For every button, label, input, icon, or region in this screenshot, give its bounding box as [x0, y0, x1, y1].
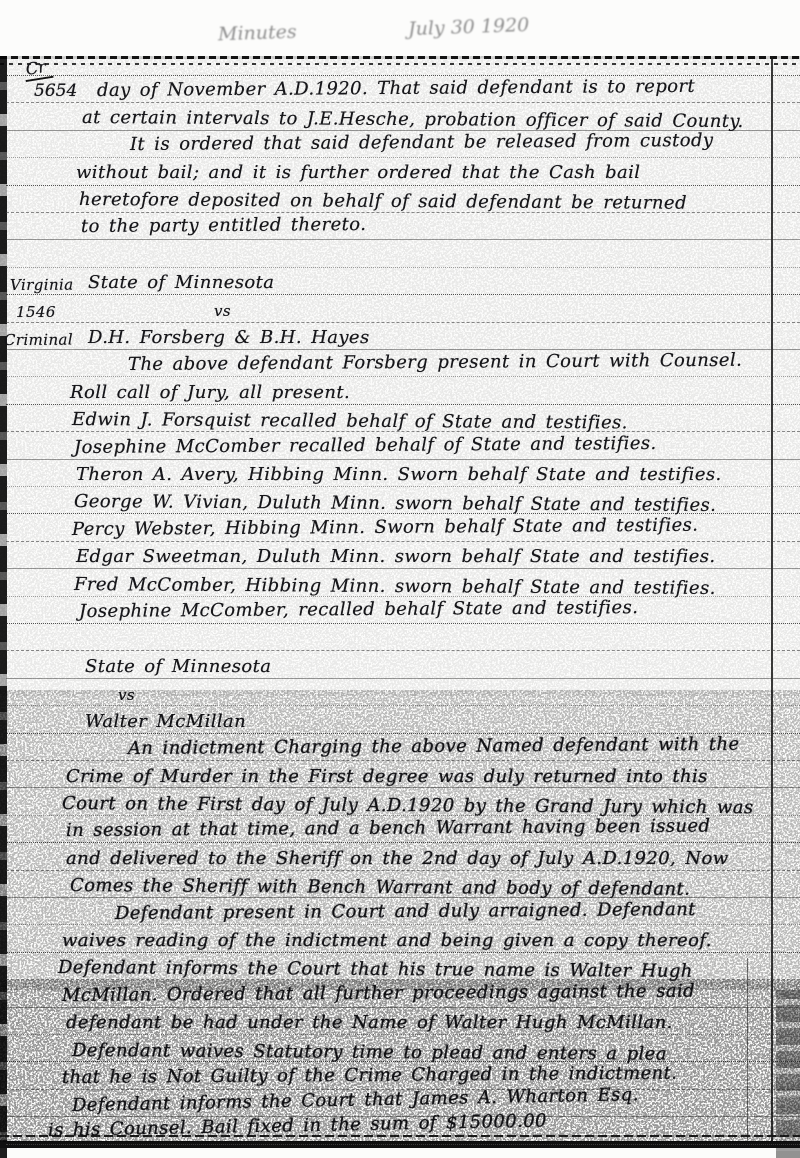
entry3-line: Crime of Murder in the First degree was …	[66, 765, 708, 789]
entry3-line: Comes the Sheriff with Bench Warrant and…	[70, 874, 690, 902]
entry2-line: Josephine McComber, recalled behalf Stat…	[79, 596, 639, 624]
entry3-line: defendant be had under the Name of Walte…	[66, 1011, 673, 1035]
entry3-defendant: Walter McMillan	[85, 710, 246, 734]
entry3-line: in session at that time, and a bench War…	[66, 815, 711, 843]
entry2-line: The above defendant Forsberg present in …	[128, 349, 742, 377]
entry2-line: Edwin J. Forsquist recalled behalf of St…	[72, 408, 628, 435]
margin-case-number: Cr 5654	[24, 58, 77, 101]
page-top-rule-secondary	[0, 63, 800, 65]
case-label: Cr	[22, 56, 53, 82]
entry3-line: An indictment Charging the above Named d…	[128, 733, 740, 761]
page-top-rule	[0, 56, 800, 59]
page-right-margin-rule	[771, 56, 773, 1148]
case-number: 5654	[24, 81, 77, 101]
entry3-title: State of Minnesota	[85, 655, 271, 679]
margin-term-place: Virginia	[10, 273, 74, 297]
scan-corner-blotch	[776, 990, 800, 1158]
margin-term-type: Criminal	[4, 328, 73, 352]
entry2-line: Edgar Sweetman, Duluth Minn. sworn behal…	[76, 545, 716, 569]
ruled-line	[6, 376, 800, 377]
entry2-vs: vs	[214, 299, 231, 323]
entry1-line: day of November A.D.1920. That said defe…	[97, 75, 695, 103]
entry3-line: waives reading of the indictment and bei…	[62, 929, 712, 953]
entry2-line: Josephine McComber recalled behalf of St…	[74, 432, 657, 460]
entry1-line: to the party entitled thereto.	[81, 213, 366, 239]
ruled-line	[6, 157, 800, 158]
ruled-line	[6, 1144, 800, 1145]
page-right-inner-rule	[747, 958, 748, 1142]
ruled-line	[6, 322, 800, 323]
pencil-note-right: July 30 1920	[408, 14, 530, 40]
entry3-line: Defendant present in Court and duly arra…	[115, 898, 696, 926]
margin-term-number: 1546	[16, 300, 56, 324]
ruled-line	[6, 760, 800, 761]
scanned-ledger-page: Minutes July 30 1920 Cr 5654 day of Nove…	[0, 0, 800, 1158]
entry1-line: It is ordered that said defendant be rel…	[130, 129, 714, 157]
entry2-line: Percy Webster, Hibbing Minn. Sworn behal…	[72, 514, 699, 542]
scan-left-edge-artifact	[0, 56, 7, 1158]
pencil-note-left: Minutes	[218, 21, 297, 46]
entry2-line: Roll call of Jury, all present.	[70, 381, 350, 405]
ruled-line	[6, 267, 800, 268]
ruled-line	[6, 650, 800, 651]
entry3-line: McMillan. Ordered that all further proce…	[62, 980, 695, 1008]
entry2-title: State of Minnesota	[88, 271, 274, 295]
entry3-line: and delivered to the Sheriff on the 2nd …	[66, 847, 729, 871]
entry3-vs: vs	[118, 683, 135, 707]
ruled-line	[6, 239, 800, 240]
entry2-defendants: D.H. Forsberg & B.H. Hayes	[88, 326, 370, 350]
entry1-line: without bail; and it is further ordered …	[76, 161, 640, 185]
entry2-line: Theron A. Avery, Hibbing Minn. Sworn beh…	[76, 463, 722, 487]
entry1-line: heretofore deposited on behalf of said d…	[79, 188, 687, 216]
